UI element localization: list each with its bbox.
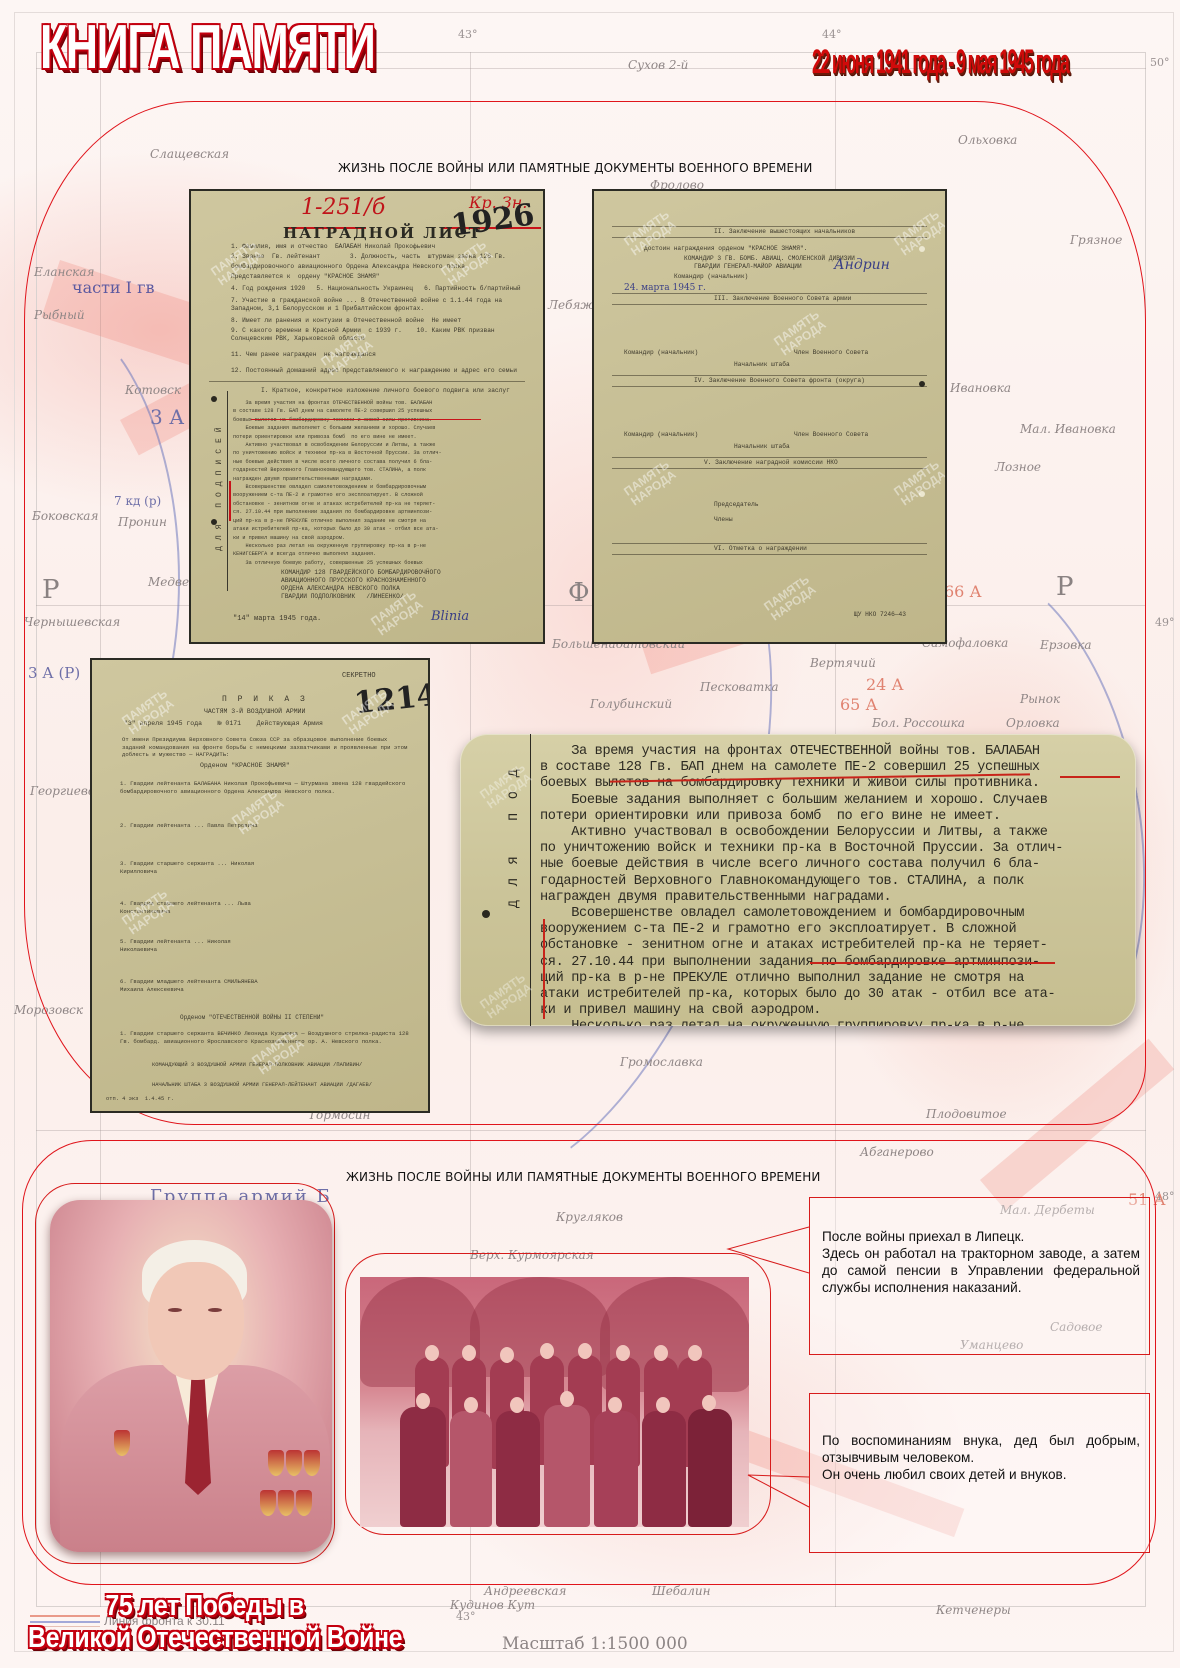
field-line: 12. Постоянный домашний адрес представля… <box>231 367 517 375</box>
order-footer-note: отп. 4 экз 1.4.45 г. <box>106 1096 176 1103</box>
section-heading: II. Заключение вышестоящих начальников <box>714 228 855 236</box>
degree-label: 44° <box>822 28 842 41</box>
photo-person <box>642 1411 686 1527</box>
watermark: ПАМЯТЬНАРОДА <box>762 573 818 622</box>
rule-line <box>612 554 927 555</box>
conclusion-line: ГВАРДИИ ГЕНЕРАЛ-МАЙОР АВИАЦИИ <box>694 263 802 271</box>
portrait-face <box>148 1262 244 1380</box>
photo-person <box>688 1409 732 1527</box>
order-subheading: ЧАСТЯМ 3-Й ВОЗДУШНОЙ АРМИИ <box>204 708 305 716</box>
callout-after-war: После войны приехал в Липецк. Здесь он р… <box>809 1197 1150 1355</box>
rule-line <box>612 304 927 305</box>
field-line: Представляется к ордену "КРАСНОЕ ЗНАМЯ" <box>231 273 380 281</box>
order-signature: НАЧАЛЬНИК ШТАБА 3 ВОЗДУШНОЙ АРМИИ ГЕНЕРА… <box>152 1082 414 1089</box>
photo-head <box>500 1347 514 1363</box>
order-heading: П Р И К А З <box>222 696 308 704</box>
field-label: Члены <box>714 516 733 524</box>
degree-label: 49° <box>1155 616 1175 629</box>
signatory-line: ОРДЕНА АЛЕКСАНДРА НЕВСКОГО ПОЛКА <box>281 585 400 593</box>
medal-icon <box>260 1490 276 1516</box>
rule-line <box>612 457 927 458</box>
field-label: Начальник штаба <box>734 443 790 451</box>
veteran-portrait[interactable] <box>50 1200 332 1552</box>
anniversary-title-line2: Великой Отечественной Войне <box>28 1622 402 1654</box>
field-line: 1. Фамилия, имя и отчество БАЛАБАН Никол… <box>231 243 435 251</box>
field-label: Начальник штаба <box>734 361 790 369</box>
photo-head <box>540 1343 554 1359</box>
punch-hole <box>919 381 925 387</box>
photo-person <box>594 1411 638 1527</box>
photo-person <box>496 1411 540 1527</box>
photo-head <box>416 1393 430 1409</box>
order-document[interactable]: СЕКРЕТНО 1214 П Р И К А З ЧАСТЯМ 3-Й ВОЗ… <box>90 658 430 1113</box>
photo-head <box>510 1397 524 1413</box>
map-place: Сухов 2-й <box>628 58 688 72</box>
callout-pointer <box>728 1225 812 1285</box>
signatory-line: ГВАРДИИ ПОДПОЛКОВНИК /ЛИНЕЕНКО/ <box>281 593 404 601</box>
map-scale: Масштаб 1:1500 000 <box>502 1634 688 1654</box>
rule-line <box>612 375 927 376</box>
conclusion-line: КОМАНДИР 3 ГВ. БОМБ. АВИАЦ. СМОЛЕНСКОЙ Д… <box>684 255 855 263</box>
section-heading: III. Заключение Военного Совета армии <box>714 295 851 303</box>
signature: Вlinia <box>431 609 469 624</box>
map-place: Шебалин <box>652 1584 711 1598</box>
photo-head <box>560 1391 574 1407</box>
callout-pointer <box>748 1475 812 1519</box>
war-dates-title: 22 июня 1941 года - 9 мая 1945 года <box>812 43 1068 82</box>
callout-line: Он очень любил своих детей и внуков. <box>822 1466 1140 1483</box>
signatory-line: КОМАНДИР 128 ГВАРДЕЙСКОГО БОМБАРДИРОВОЧН… <box>281 569 441 577</box>
field-line: бомбардировочного авиационного Ордена Ал… <box>231 263 465 271</box>
margin-rule <box>227 391 228 591</box>
veterans-group-photo[interactable] <box>360 1277 749 1527</box>
award-text-excerpt[interactable]: ДЛЯ ПОД За время участия на фронтах ОТЕЧ… <box>460 734 1136 1026</box>
degree-label: 50° <box>1150 56 1170 69</box>
order-entry: 3. Гвардии старшего сержанта ... Николая… <box>120 860 268 875</box>
red-margin-mark <box>229 481 231 521</box>
print-code: ЩУ НКО 7246—43 <box>854 611 906 619</box>
watermark: ПАМЯТЬНАРОДА <box>478 971 534 1020</box>
callout-line: Здесь он работал на тракторном заводе, а… <box>822 1245 1140 1296</box>
field-line: Западном, 3,1 Белорусском и 1 Прибалтийс… <box>231 305 424 313</box>
section-caption-bottom: ЖИЗНЬ ПОСЛЕ ВОЙНЫ ИЛИ ПАМЯТНЫЕ ДОКУМЕНТЫ… <box>346 1170 820 1184</box>
field-line: 8. Имеет ли ранения и контузии в Отечест… <box>231 317 461 325</box>
award-date: "14" марта 1945 года. <box>233 615 321 623</box>
red-margin-mark <box>543 919 545 1019</box>
map-place: Кудинов Кут <box>450 1598 535 1612</box>
section-heading: IV. Заключение Военного Совета фронта (о… <box>694 377 865 385</box>
field-line: I. Краткое, конкретное изложение личного… <box>261 387 510 395</box>
excerpt-text: За время участия на фронтах ОТЕЧЕСТВЕННО… <box>540 744 1124 1026</box>
photo-person <box>400 1407 446 1527</box>
callout-memories: По воспоминаниям внука, дед был добрым, … <box>809 1393 1150 1553</box>
map-place: Кетченеры <box>936 1603 1011 1617</box>
field-label: Командир (начальник) <box>674 273 748 281</box>
photo-head <box>425 1345 439 1361</box>
photo-head <box>654 1345 668 1361</box>
order-entry: 6. Гвардии младшего лейтенанта СМИЛЬЯНЕВ… <box>120 978 268 993</box>
field-line: 4. Год рождения 1920 5. Национальность У… <box>231 285 521 293</box>
award-narrative: За время участия на фронтах ОТЕЧЕСТВЕННО… <box>233 399 529 569</box>
anniversary-title-line1: 75 лет Победы в <box>28 1590 402 1622</box>
award-sheet-back[interactable]: II. Заключение вышестоящих начальников Д… <box>592 189 947 644</box>
award-sheet-front[interactable]: 1-251/б Кр. Зн. 1926 НАГРАДНОЙ ЛИСТ 1. Ф… <box>189 189 545 644</box>
watermark: ПАМЯТЬНАРОДА <box>120 887 176 936</box>
callout-line: По воспоминаниям внука, дед был добрым, … <box>822 1432 1140 1466</box>
callout-line: После войны приехал в Липецк. <box>822 1228 1140 1245</box>
order-intro: От имени Президиума Верховного Совета Со… <box>122 736 414 759</box>
punch-hole <box>211 519 217 525</box>
photo-head <box>656 1397 670 1413</box>
field-label: Командир (начальник) <box>624 431 698 439</box>
photo-head <box>616 1345 630 1361</box>
field-label: Член Военного Совета <box>794 431 868 439</box>
portrait-eye <box>208 1308 222 1312</box>
red-underline <box>810 962 1055 964</box>
photo-head <box>464 1397 478 1413</box>
medal-icon <box>278 1490 294 1516</box>
watermark: ПАМЯТЬНАРОДА <box>622 458 678 507</box>
medal-icon <box>268 1450 284 1476</box>
photo-head <box>608 1397 622 1413</box>
signature: Андрин <box>834 257 890 273</box>
rule-line <box>612 386 927 387</box>
medal-icon <box>114 1430 130 1456</box>
page-title: КНИГА ПАМЯТИ <box>40 12 374 83</box>
field-line: 7. Участие в гражданской войне ... В Оте… <box>231 297 502 305</box>
watermark: ПАМЯТЬНАРОДА <box>120 687 176 736</box>
award-type: Орденом "КРАСНОЕ ЗНАМЯ" <box>200 762 290 770</box>
medal-icon <box>304 1450 320 1476</box>
back-date: 24. марта 1945 г. <box>624 283 706 293</box>
field-label: Член Военного Совета <box>794 349 868 357</box>
photo-person <box>544 1405 590 1527</box>
section-heading: V. Заключение наградной комиссии НКО <box>704 459 838 467</box>
rule-line <box>209 381 525 382</box>
red-underline <box>1060 776 1120 778</box>
anniversary-title: 75 лет Победы в Великой Отечественной Во… <box>28 1590 402 1654</box>
degree-label: 43° <box>458 28 478 41</box>
photo-head <box>688 1345 702 1361</box>
handwritten-number: 1-251/б <box>301 195 385 220</box>
photo-head <box>578 1343 592 1359</box>
section-heading: VI. Отметка о награждении <box>714 545 807 553</box>
portrait-eye <box>168 1308 182 1312</box>
map-place: Андреевская <box>484 1584 566 1598</box>
watermark: ПАМЯТЬНАРОДА <box>340 687 396 736</box>
award-type: Орденом "ОТЕЧЕСТВЕННОЙ ВОЙНЫ II СТЕПЕНИ" <box>180 1014 324 1022</box>
punch-hole <box>482 910 490 918</box>
field-label: Командир (начальник) <box>624 349 698 357</box>
medal-icon <box>286 1450 302 1476</box>
rule-line <box>612 293 927 294</box>
watermark: ПАМЯТЬНАРОДА <box>892 458 947 507</box>
order-entry: 5. Гвардии лейтенанта ... Николая Никола… <box>120 938 268 953</box>
photo-head <box>702 1395 716 1411</box>
secret-stamp: СЕКРЕТНО <box>342 672 376 680</box>
watermark: ПАМЯТЬНАРОДА <box>439 238 495 287</box>
medal-icon <box>296 1490 312 1516</box>
photo-person <box>450 1411 492 1527</box>
punch-hole <box>211 396 217 402</box>
photo-head <box>462 1345 476 1361</box>
section-caption-top: ЖИЗНЬ ПОСЛЕ ВОЙНЫ ИЛИ ПАМЯТНЫЕ ДОКУМЕНТЫ… <box>338 161 812 175</box>
award-sheet-heading: НАГРАДНОЙ ЛИСТ <box>283 224 482 242</box>
signatory-line: АВИАЦИОННОГО ПРУССКОГО КРАСНОЗНАМЕННОГО <box>281 577 426 585</box>
conclusion-line: Достоин награждения орденом "КРАСНОЕ ЗНА… <box>644 245 807 253</box>
rule-line <box>612 543 927 544</box>
field-label: Председатель <box>714 501 759 509</box>
red-underline <box>251 419 481 420</box>
